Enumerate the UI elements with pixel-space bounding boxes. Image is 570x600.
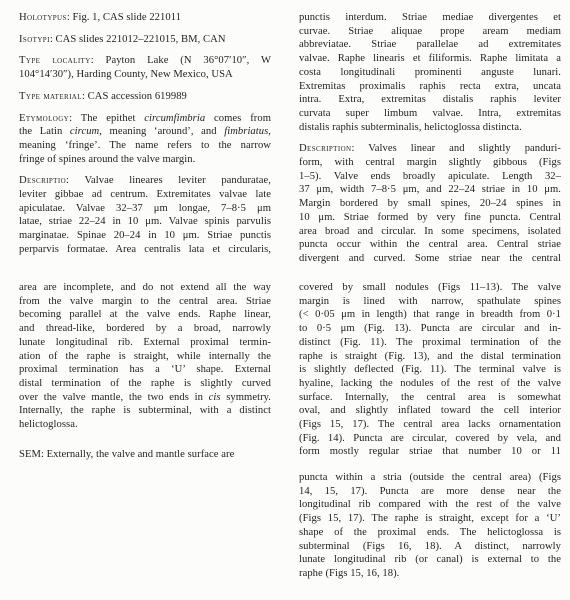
text-line: Holotypus: Fig. 1, CAS slide 221011: [19, 11, 271, 25]
text-line: marginatae. Spinae 20–24 in 10 μm. Stria…: [19, 229, 271, 243]
text-segment: raphe (Figs 15, 16, 18).: [299, 568, 399, 579]
text-segment: distalis raphis subterminalis, helictogl…: [299, 122, 522, 133]
text-line: Description: Valves linear and slightly …: [299, 142, 561, 156]
text-line: valvae. Raphe linearis et filiformis. Ra…: [299, 52, 561, 66]
text-segment: valvae. Raphe linearis et filiformis. Ra…: [299, 53, 561, 64]
text-block: punctis interdum. Striae mediae divergen…: [299, 11, 561, 266]
text-segment: raphe is straight (Fig. 13), and the dis…: [299, 351, 561, 362]
text-line: abbreviatae. Striae parallelae ad extrem…: [299, 38, 561, 52]
text-segment: abbreviatae. Striae parallelae ad extrem…: [299, 39, 561, 50]
paragraph: Type locality: Payton Lake (N 36°07′10″,…: [19, 54, 271, 81]
text-line: fringe of spines around the valve margin…: [19, 153, 271, 167]
text-segment: area are incomplete, and do not extend a…: [19, 282, 271, 293]
text-segment: the Latin: [19, 126, 70, 137]
text-line: lunate longitudinal rib (or canal) is ex…: [299, 553, 561, 567]
text-segment: subterminal (Figs 16, 18). A distinct, n…: [299, 541, 561, 552]
text-line: Descriptio: Valvae lineares leviter pand…: [19, 174, 271, 188]
text-segment: comes from: [205, 113, 271, 124]
text-segment: covered by small nodules (Figs 11–13). T…: [299, 282, 561, 293]
text-line: covered by small nodules (Figs 11–13). T…: [299, 281, 561, 295]
text-segment: ation of the raphe is straight, while in…: [19, 351, 271, 362]
section-label: Description: [299, 143, 352, 154]
text-segment: (Fig. 14). Puncta are circular, covered …: [299, 433, 561, 444]
text-line: 14, 15, 17). Puncta are more dense near …: [299, 485, 561, 499]
text-line: Etymology: The epithet circumfimbria com…: [19, 112, 271, 126]
text-line: the Latin circum, meaning ‘around’, and …: [19, 125, 271, 139]
text-segment: : Payton Lake (N 36°07′10″, W: [91, 55, 271, 66]
text-line: subterminal (Figs 16, 18). A distinct, n…: [299, 540, 561, 554]
paragraph: Isotypi: CAS slides 221012–221015, BM, C…: [19, 33, 271, 47]
text-segment: puncta occur within the central area. Ce…: [299, 239, 561, 250]
text-line: helictoglossa.: [19, 418, 271, 432]
text-line: area are incomplete, and do not extend a…: [19, 281, 271, 295]
section-label: Etymology: [19, 113, 69, 124]
text-block: area are incomplete, and do not extend a…: [19, 281, 271, 461]
text-segment: 1–5). Valve ends broadly apiculate. Leng…: [299, 171, 561, 182]
text-segment: leviter gibbae ad centrum. Extremitates …: [19, 189, 271, 200]
text-segment: and thread-like, bordered by a broad, na…: [19, 323, 271, 334]
text-line: Margin bordered by small spines, 20–24 s…: [299, 197, 561, 211]
section-label: Descriptio: [19, 175, 66, 186]
text-line: over the valve mantle, the two ends in c…: [19, 391, 271, 405]
text-line: 10 μm. Striae formed by very fine puncta…: [299, 211, 561, 225]
text-line: meaning ‘fringe’. The name refers to the…: [19, 139, 271, 153]
text-segment: intra. Extra, extremitas distalis raphis…: [299, 94, 561, 105]
text-segment: (< 0·05 μm in length) that range in brea…: [299, 309, 561, 320]
text-segment: 104°14′30″), Harding County, New Mexico,…: [19, 69, 233, 80]
text-block: Holotypus: Fig. 1, CAS slide 221011Isoty…: [19, 11, 271, 257]
text-line: puncta occur within the central area. Ce…: [299, 238, 561, 252]
text-line: form, with central margin slightly gibbo…: [299, 156, 561, 170]
text-segment: over the valve mantle, the two ends in: [19, 392, 209, 403]
text-line: 104°14′30″), Harding County, New Mexico,…: [19, 68, 271, 82]
text-line: (Figs 15, 17). The raphe is straight, ex…: [299, 512, 561, 526]
text-segment: from the valve margin to the central are…: [19, 296, 271, 307]
text-segment: helictoglossa.: [19, 419, 78, 430]
text-segment: , meaning ‘around’, and: [99, 126, 224, 137]
text-line: distal termination of the raphe is sligh…: [19, 377, 271, 391]
text-line: Type material: CAS accession 619989: [19, 90, 271, 104]
text-segment: 10 μm. Striae formed by very fine puncta…: [299, 212, 561, 223]
text-segment: meaning ‘fringe’. The name refers to the…: [19, 140, 271, 151]
text-segment: : Fig. 1, CAS slide 221011: [67, 12, 181, 23]
text-line: 1–5). Valve ends broadly apiculate. Leng…: [299, 170, 561, 184]
text-line: Type locality: Payton Lake (N 36°07′10″,…: [19, 54, 271, 68]
paragraph: SEM: Externally, the valve and mantle su…: [19, 448, 271, 462]
paragraph: area are incomplete, and do not extend a…: [19, 281, 271, 432]
text-line: raphe (Figs 15, 16, 18).: [299, 567, 561, 581]
text-line: longitudinal rib compared with the rest …: [299, 498, 561, 512]
text-segment: proximal termination has a ‘U’ shape. Ex…: [19, 364, 271, 375]
text-line: 37 μm, width 7–8·5 μm, and 22–24 striae …: [299, 183, 561, 197]
text-segment: hyaline, lacking the nodules of the rest…: [299, 378, 561, 389]
paragraph: punctis interdum. Striae mediae divergen…: [299, 11, 561, 134]
right-column: punctis interdum. Striae mediae divergen…: [299, 0, 561, 600]
text-line: apiculatae. Valvae 32–37 μm longae, 7–8·…: [19, 202, 271, 216]
text-segment: SEM: [19, 449, 41, 460]
text-segment: : CAS accession 619989: [82, 91, 187, 102]
section-label: Type locality: [19, 55, 91, 66]
text-line: (< 0·05 μm in length) that range in brea…: [299, 308, 561, 322]
text-line: (Figs 15, 17). The central area lacks or…: [299, 418, 561, 432]
text-line: area broad and circular. In some specime…: [299, 225, 561, 239]
text-segment: becoming parallel at the valve ends. Rap…: [19, 309, 271, 320]
text-line: to 0·5 μm (Fig. 13). Puncta are circular…: [299, 322, 561, 336]
text-segment: punctis interdum. Striae mediae divergen…: [299, 12, 561, 23]
text-line: and thread-like, bordered by a broad, na…: [19, 322, 271, 336]
text-line: raphe is straight (Fig. 13), and the dis…: [299, 350, 561, 364]
text-segment: curvata super limbum valvae. Intra, extr…: [299, 108, 561, 119]
text-segment: lunate longitudinal rib (or canal) is ex…: [299, 554, 561, 565]
text-segment: ,: [268, 126, 271, 137]
section-label: Isotypi: [19, 34, 50, 45]
italic-term: cis: [209, 392, 221, 403]
italic-term: fimbriatus: [224, 126, 268, 137]
text-segment: form mostly regular striae that number 1…: [299, 446, 561, 457]
text-line: ation of the raphe is straight, while in…: [19, 350, 271, 364]
text-line: distinct (Fig. 11). The proximal termina…: [299, 336, 561, 350]
text-line: intra. Extra, extremitas distalis raphis…: [299, 93, 561, 107]
text-segment: area broad and circular. In some specime…: [299, 226, 561, 237]
text-segment: : Valves linear and slightly panduri-: [352, 143, 562, 154]
text-segment: form, with central margin slightly gibbo…: [299, 157, 561, 168]
text-segment: is slightly deflected (Fig. 11). The ter…: [299, 364, 561, 375]
text-line: (Fig. 14). Puncta are circular, covered …: [299, 432, 561, 446]
text-block: puncta within a stria (outside the centr…: [299, 471, 561, 581]
text-line: Isotypi: CAS slides 221012–221015, BM, C…: [19, 33, 271, 47]
text-line: divergent and curved. Some striae near t…: [299, 252, 561, 266]
text-segment: lunate longitudinal rib. External proxim…: [19, 337, 271, 348]
text-segment: 37 μm, width 7–8·5 μm, and 22–24 striae …: [299, 184, 561, 195]
text-segment: distinct (Fig. 11). The proximal termina…: [299, 337, 561, 348]
text-line: curvata super limbum valvae. Intra, extr…: [299, 107, 561, 121]
text-segment: Extremitas proximalis raphis recta extra…: [299, 81, 561, 92]
text-line: shape of the proximal ends. The helictog…: [299, 526, 561, 540]
text-segment: distal termination of the raphe is sligh…: [19, 378, 271, 389]
text-segment: costa longitudinali prominenti anguste l…: [299, 67, 561, 78]
text-line: latae, striae 22–24 in 10 μm. Valvae spi…: [19, 215, 271, 229]
text-line: proximal termination has a ‘U’ shape. Ex…: [19, 363, 271, 377]
text-segment: shape of the proximal ends. The helictog…: [299, 527, 561, 538]
scanned-page: Holotypus: Fig. 1, CAS slide 221011Isoty…: [0, 0, 570, 600]
section-label: Holotypus: [19, 12, 67, 23]
text-segment: latae, striae 22–24 in 10 μm. Valvae spi…: [19, 216, 271, 227]
text-segment: fringe of spines around the valve margin…: [19, 154, 195, 165]
text-line: surface. Internally, the central area is…: [299, 391, 561, 405]
text-line: becoming parallel at the valve ends. Rap…: [19, 308, 271, 322]
paragraph: Holotypus: Fig. 1, CAS slide 221011: [19, 11, 271, 25]
text-segment: margin is lined with narrow, spathulate …: [299, 296, 561, 307]
text-segment: symmetry.: [221, 392, 271, 403]
text-line: puncta within a stria (outside the centr…: [299, 471, 561, 485]
text-line: oval, and slightly inflated toward the c…: [299, 404, 561, 418]
paragraph: puncta within a stria (outside the centr…: [299, 471, 561, 581]
section-label: Type material: [19, 91, 82, 102]
text-line: lunate longitudinal rib. External proxim…: [19, 336, 271, 350]
text-segment: to 0·5 μm (Fig. 13). Puncta are circular…: [299, 323, 561, 334]
text-segment: : Externally, the valve and mantle surfa…: [41, 449, 234, 460]
text-segment: oval, and slightly inflated toward the c…: [299, 405, 561, 416]
text-segment: (Figs 15, 17). The central area lacks or…: [299, 419, 561, 430]
text-line: perparvis formatae. Area centralis lata …: [19, 243, 271, 257]
paragraph: Type material: CAS accession 619989: [19, 90, 271, 104]
text-line: leviter gibbae ad centrum. Extremitates …: [19, 188, 271, 202]
text-segment: (Figs 15, 17). The raphe is straight, ex…: [299, 513, 561, 524]
paragraph: Descriptio: Valvae lineares leviter pand…: [19, 174, 271, 256]
text-segment: marginatae. Spinae 20–24 in 10 μm. Stria…: [19, 230, 271, 241]
text-block: covered by small nodules (Figs 11–13). T…: [299, 281, 561, 459]
italic-term: circumfimbria: [144, 113, 205, 124]
text-segment: apiculatae. Valvae 32–37 μm longae, 7–8·…: [19, 203, 271, 214]
text-segment: Margin bordered by small spines, 20–24 s…: [299, 198, 561, 209]
text-line: Extremitas proximalis raphis recta extra…: [299, 80, 561, 94]
text-segment: Internally, the raphe is subterminal, wi…: [19, 405, 271, 416]
text-segment: 14, 15, 17). Puncta are more dense near …: [299, 486, 561, 497]
text-line: curvae. Striae aliquae prope aream media…: [299, 25, 561, 39]
text-segment: divergent and curved. Some striae near t…: [299, 253, 561, 264]
text-line: distalis raphis subterminalis, helictogl…: [299, 121, 561, 135]
text-segment: : Valvae lineares leviter panduratae,: [66, 175, 271, 186]
paragraph: covered by small nodules (Figs 11–13). T…: [299, 281, 561, 459]
text-segment: surface. Internally, the central area is…: [299, 392, 561, 403]
text-segment: perparvis formatae. Area centralis lata …: [19, 244, 271, 255]
text-line: margin is lined with narrow, spathulate …: [299, 295, 561, 309]
text-segment: : The epithet: [69, 113, 144, 124]
text-line: is slightly deflected (Fig. 11). The ter…: [299, 363, 561, 377]
left-column: Holotypus: Fig. 1, CAS slide 221011Isoty…: [19, 0, 271, 600]
text-line: Internally, the raphe is subterminal, wi…: [19, 404, 271, 418]
text-line: hyaline, lacking the nodules of the rest…: [299, 377, 561, 391]
text-line: from the valve margin to the central are…: [19, 295, 271, 309]
text-segment: longitudinal rib compared with the rest …: [299, 499, 561, 510]
text-segment: : CAS slides 221012–221015, BM, CAN: [50, 34, 226, 45]
paragraph: Description: Valves linear and slightly …: [299, 142, 561, 265]
text-line: form mostly regular striae that number 1…: [299, 445, 561, 459]
text-line: costa longitudinali prominenti anguste l…: [299, 66, 561, 80]
italic-term: circum: [70, 126, 99, 137]
text-line: punctis interdum. Striae mediae divergen…: [299, 11, 561, 25]
text-segment: curvae. Striae aliquae prope aream media…: [299, 26, 561, 37]
paragraph: Etymology: The epithet circumfimbria com…: [19, 112, 271, 167]
text-line: SEM: Externally, the valve and mantle su…: [19, 448, 271, 462]
text-segment: puncta within a stria (outside the centr…: [299, 472, 561, 483]
